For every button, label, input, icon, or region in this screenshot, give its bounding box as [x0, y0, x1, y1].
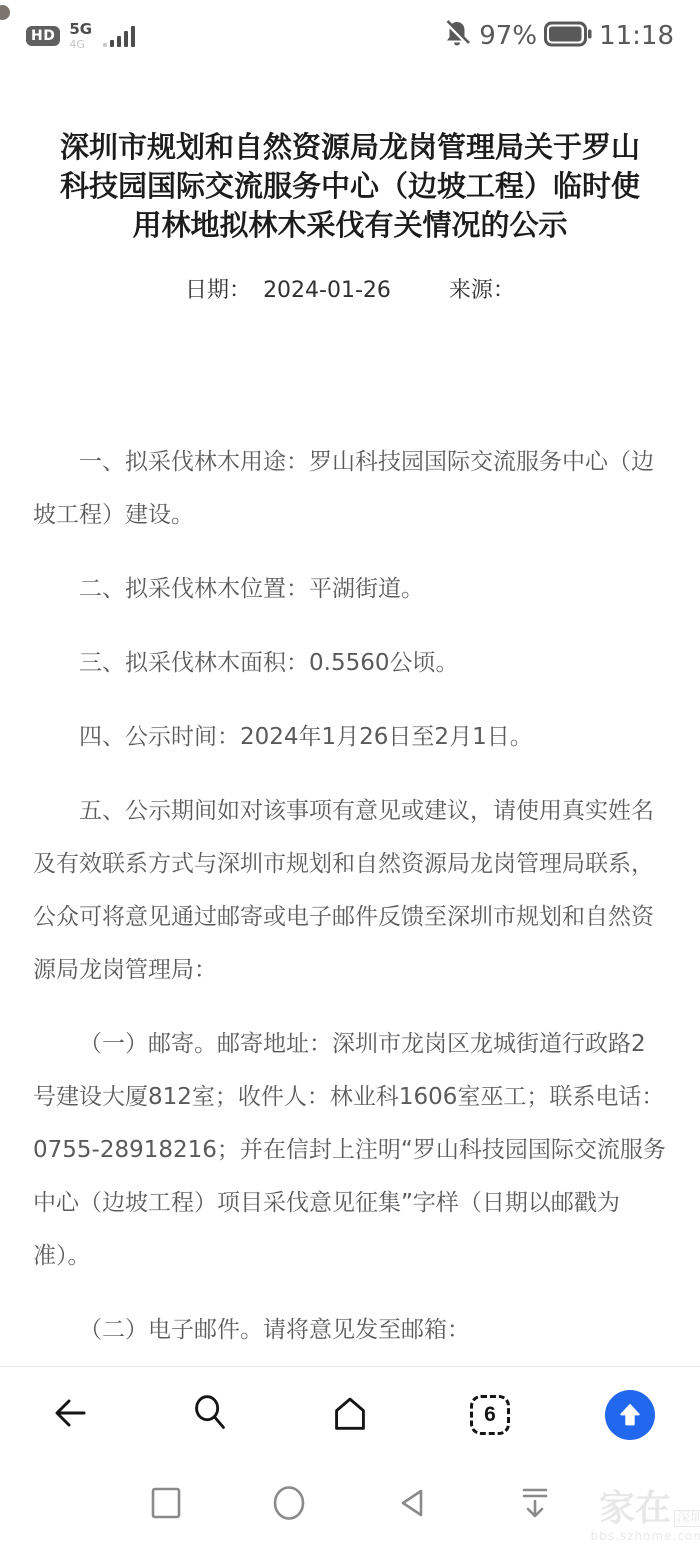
battery-icon — [544, 20, 592, 52]
back-arrow-icon — [46, 1389, 94, 1440]
article: 深圳市规划和自然资源局龙岗管理局关于罗山科技园国际交流服务中心（边坡工程）临时使… — [0, 128, 700, 1357]
home-nav-button[interactable] — [272, 1488, 306, 1522]
mute-bell-icon — [442, 19, 472, 53]
collapse-down-icon — [518, 1485, 552, 1524]
scroll-to-top-button[interactable] — [604, 1389, 656, 1441]
hide-navbar-button[interactable] — [518, 1488, 552, 1522]
system-nav-bar — [0, 1462, 700, 1547]
clock-label: 11:18 — [599, 21, 674, 51]
home-button[interactable] — [324, 1389, 376, 1441]
search-icon — [187, 1390, 233, 1439]
paragraph-email: （二）电子邮件。请将意见发至邮箱： — [33, 1304, 667, 1357]
home-circle-icon — [272, 1485, 306, 1524]
battery-percent-label: 97% — [479, 21, 537, 51]
back-triangle-icon — [395, 1486, 429, 1523]
hd-badge-icon: HD — [26, 26, 60, 46]
date-label: 日期： — [185, 278, 251, 303]
up-arrow-icon — [605, 1390, 655, 1440]
back-button[interactable] — [44, 1389, 96, 1441]
source-label: 来源： — [449, 278, 515, 303]
paragraph-use: 一、拟采伐林木用途：罗山科技园国际交流服务中心（边坡工程）建设。 — [33, 436, 667, 542]
paragraph-mail: （一）邮寄。邮寄地址：深圳市龙岗区龙城街道行政路2号建设大厦812室；收件人：林… — [33, 1018, 667, 1283]
paragraph-area: 三、拟采伐林木面积：0.5560公顷。 — [33, 637, 667, 690]
signal-strength-icon — [101, 19, 141, 53]
tab-count: 6 — [484, 1403, 496, 1427]
search-button[interactable] — [184, 1389, 236, 1441]
back-nav-button[interactable] — [395, 1488, 429, 1522]
paragraph-location: 二、拟采伐林木位置：平湖街道。 — [33, 563, 667, 616]
article-meta: 日期：2024-01-26来源： — [0, 273, 700, 304]
recents-button[interactable] — [149, 1488, 183, 1522]
page-title: 深圳市规划和自然资源局龙岗管理局关于罗山科技园国际交流服务中心（边坡工程）临时使… — [48, 128, 652, 245]
browser-toolbar: 6 — [0, 1366, 700, 1462]
phone-screen: HD 5G 4G — [0, 0, 700, 1547]
home-icon — [327, 1390, 373, 1439]
network-type-label: 5G 4G — [69, 22, 92, 50]
paragraph-period: 四、公示时间：2024年1月26日至2月1日。 — [33, 711, 667, 764]
tab-count-icon: 6 — [470, 1395, 510, 1435]
article-body: 一、拟采伐林木用途：罗山科技园国际交流服务中心（边坡工程）建设。 二、拟采伐林木… — [33, 436, 667, 1357]
date-value: 2024-01-26 — [263, 278, 391, 303]
paragraph-feedback: 五、公示期间如对该事项有意见或建议，请使用真实姓名及有效联系方式与深圳市规划和自… — [33, 785, 667, 997]
status-bar: HD 5G 4G — [0, 0, 700, 72]
recents-square-icon — [150, 1486, 182, 1523]
tabs-button[interactable]: 6 — [464, 1389, 516, 1441]
